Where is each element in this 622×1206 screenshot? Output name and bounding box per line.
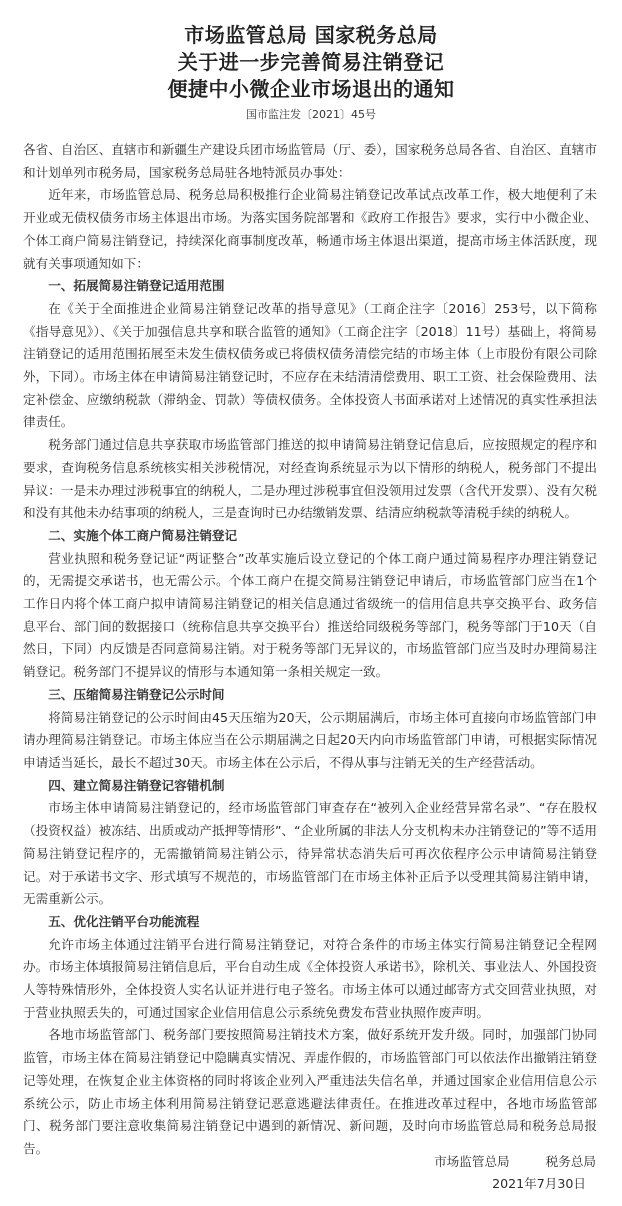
paragraph: 市场主体申请简易注销登记的，经市场监管部门审查存在“被列入企业经营异常名录”、“… xyxy=(23,797,597,911)
section-heading: 三、压缩简易注销登记公示时间 xyxy=(23,684,597,707)
section-heading: 五、优化注销平台功能流程 xyxy=(23,911,597,934)
title-line: 便捷中小微企业市场退出的通知 xyxy=(0,76,622,103)
section-heading: 二、实施个体工商户简易注销登记 xyxy=(23,525,597,548)
signature-orgs: 市场监管总局税务总局 xyxy=(434,1151,596,1173)
section-heading: 一、拓展简易注销登记适用范围 xyxy=(23,275,597,298)
signature-block: 市场监管总局税务总局 2021年7月30日 xyxy=(434,1151,596,1195)
signature-org: 税务总局 xyxy=(546,1151,596,1173)
section-heading: 四、建立简易注销登记容错机制 xyxy=(23,775,597,798)
document-body: 各省、自治区、直辖市和新疆生产建设兵团市场监管局（厅、委），国家税务总局各省、自… xyxy=(23,139,597,1161)
paragraph: 允许市场主体通过注销平台进行简易注销登记，对符合条件的市场主体实行简易注销登记全… xyxy=(23,934,597,1025)
document-header: 市场监管总局 国家税务总局 关于进一步完善简易注销登记 便捷中小微企业市场退出的… xyxy=(0,22,622,124)
title-line: 关于进一步完善简易注销登记 xyxy=(0,49,622,76)
document-number: 国市监注发〔2021〕45号 xyxy=(0,106,622,124)
title-line: 市场监管总局 国家税务总局 xyxy=(0,22,622,49)
paragraph: 将简易注销登记的公示时间由45天压缩为20天，公示期届满后，市场主体可直接向市场… xyxy=(23,707,597,775)
addressee: 各省、自治区、直辖市和新疆生产建设兵团市场监管局（厅、委），国家税务总局各省、自… xyxy=(23,139,597,184)
paragraph: 在《关于全面推进企业简易注销登记改革的指导意见》（工商企注字〔2016〕253号… xyxy=(23,298,597,434)
paragraph: 营业执照和税务登记证“两证整合”改革实施后设立登记的个体工商户通过简易程序办理注… xyxy=(23,548,597,684)
paragraph: 各地市场监管部门、税务部门要按照简易注销技术方案，做好系统开发升级。同时，加强部… xyxy=(23,1024,597,1160)
paragraph: 税务部门通过信息共享获取市场监管部门推送的拟申请简易注销登记信息后，应按照规定的… xyxy=(23,434,597,525)
signature-date: 2021年7月30日 xyxy=(434,1173,596,1195)
intro-paragraph: 近年来，市场监管总局、税务总局积极推行企业简易注销登记改革试点改革工作，极大地便… xyxy=(23,184,597,275)
signature-org: 市场监管总局 xyxy=(434,1151,510,1173)
